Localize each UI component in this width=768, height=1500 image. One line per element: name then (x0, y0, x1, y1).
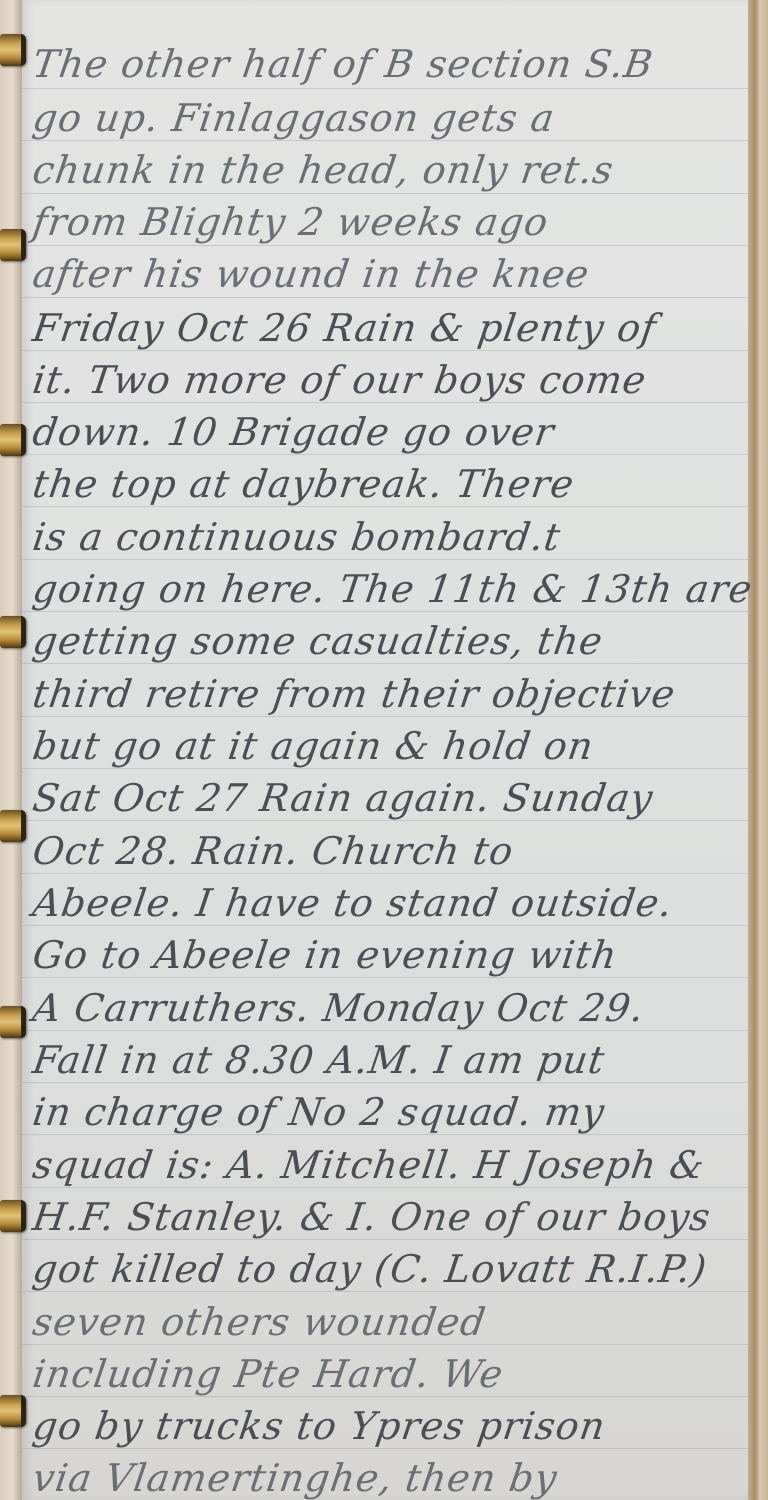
ruled-line (22, 663, 748, 664)
diary-line: including Pte Hard. We (30, 1352, 736, 1396)
diary-line: Sat Oct 27 Rain again. Sunday (30, 776, 736, 820)
ruled-line (22, 454, 748, 455)
ruled-line (22, 193, 748, 194)
diary-line: down. 10 Brigade go over (30, 410, 736, 454)
ruled-line (22, 297, 748, 298)
ruled-line (22, 716, 748, 717)
diary-line: in charge of No 2 squad. my (30, 1090, 736, 1134)
diary-line: third retire from their objective (30, 672, 736, 716)
diary-line: via Vlamertinghe, then by (30, 1456, 736, 1500)
diary-line: Fall in at 8.30 A.M. I am put (30, 1038, 736, 1082)
ruled-line (22, 873, 748, 874)
diary-line: Abeele. I have to stand outside. (30, 881, 736, 925)
diary-line: go by trucks to Ypres prison (30, 1404, 736, 1448)
ruled-line (22, 1134, 748, 1135)
ruled-line (22, 1082, 748, 1083)
diary-line: Go to Abeele in evening with (30, 933, 736, 977)
diary-line: squad is: A. Mitchell. H Joseph & (30, 1143, 736, 1187)
binding-ring (0, 1200, 26, 1232)
ruled-line (22, 1291, 748, 1292)
binding-ring (0, 1006, 26, 1038)
ruled-line (22, 88, 748, 89)
ruled-line (22, 1239, 748, 1240)
ruled-line (22, 820, 748, 821)
ruled-line (22, 1396, 748, 1397)
ruled-line (22, 140, 748, 141)
diary-line: go up. Finlaggason gets a (30, 96, 736, 140)
diary-line: seven others wounded (30, 1300, 736, 1344)
ruled-line (22, 350, 748, 351)
notebook-spine (0, 0, 22, 1500)
ruled-line (22, 245, 748, 246)
ruled-line (22, 1448, 748, 1449)
diary-line: H.F. Stanley. & I. One of our boys (30, 1195, 736, 1239)
diary-line: the top at daybreak. There (30, 462, 736, 506)
diary-line: after his wound in the knee (30, 252, 736, 296)
diary-line: got killed to day (C. Lovatt R.I.P.) (30, 1247, 736, 1291)
ruled-line (22, 611, 748, 612)
diary-line: getting some casualties, the (30, 619, 736, 663)
binding-ring (0, 616, 26, 648)
binding-ring (0, 229, 26, 261)
binding-ring (0, 424, 26, 456)
diary-line: from Blighty 2 weeks ago (30, 200, 736, 244)
diary-line: A Carruthers. Monday Oct 29. (30, 986, 736, 1030)
diary-line: The other half of B section S.B (30, 42, 736, 86)
binding-ring (0, 34, 26, 66)
diary-line: going on here. The 11th & 13th are (30, 567, 736, 611)
diary-line: it. Two more of our boys come (30, 358, 736, 402)
diary-line: chunk in the head, only ret.s (30, 148, 736, 192)
ruled-line (22, 925, 748, 926)
ruled-line (22, 402, 748, 403)
ruled-line (22, 559, 748, 560)
ruled-line (22, 506, 748, 507)
diary-line: Friday Oct 26 Rain & plenty of (30, 306, 736, 350)
binding-ring (0, 1395, 26, 1427)
ruled-line (22, 977, 748, 978)
diary-line: is a continuous bombard.t (30, 515, 736, 559)
ruled-line (22, 1187, 748, 1188)
diary-line: Oct 28. Rain. Church to (30, 829, 736, 873)
diary-photo: The other half of B section S.B go up. F… (0, 0, 768, 1500)
page-edge (748, 0, 768, 1500)
diary-line: but go at it again & hold on (30, 724, 736, 768)
ruled-line (22, 1344, 748, 1345)
ruled-line (22, 1030, 748, 1031)
ruled-line (22, 768, 748, 769)
binding-ring (0, 810, 26, 842)
